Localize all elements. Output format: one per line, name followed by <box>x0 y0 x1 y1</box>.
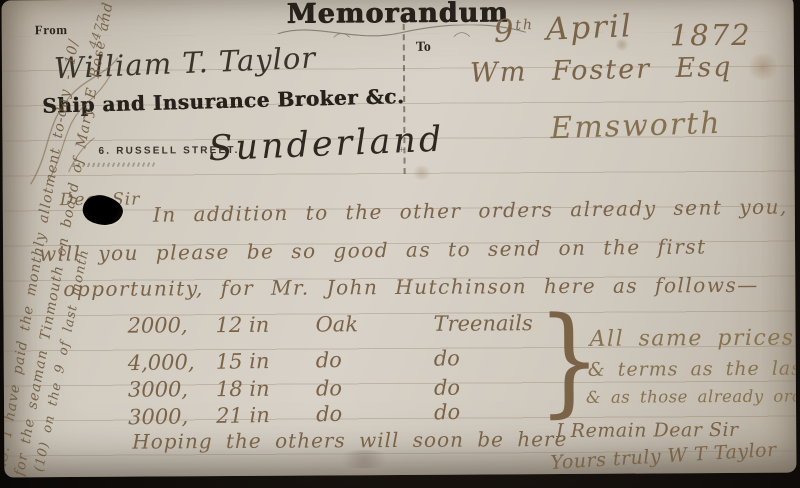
order-row: 3000, 21 in do do <box>128 400 460 430</box>
order-size: 18 in <box>216 377 302 402</box>
recipient-name: Wm Foster Esq <box>470 52 733 89</box>
ink-stain <box>746 54 780 80</box>
divider-end-mark: + <box>398 144 404 156</box>
city-name: Sunderland <box>208 120 445 170</box>
body-line-2: will you please be so good as to send on… <box>39 234 707 266</box>
recipient-place: Emsworth <box>550 106 722 147</box>
order-qty: 3000, <box>128 377 216 402</box>
order-row: 2000, 12 in Oak Treenails <box>127 311 532 337</box>
body-line-1: In addition to the other orders already … <box>153 194 788 226</box>
order-item: Treenails <box>427 311 532 336</box>
order-ditto: do <box>302 347 428 373</box>
handwritten-date: 9th April <box>493 8 633 50</box>
brace-note-1: All same prices <box>590 326 795 352</box>
order-row: 4,000, 15 in do do <box>128 346 460 375</box>
ink-stain <box>334 450 394 468</box>
date-month: April <box>545 8 633 48</box>
order-qty: 2000, <box>127 313 215 338</box>
valediction: I Remain Dear Sir <box>556 419 739 442</box>
photo-backdrop: Memorandum From William T. Taylor Ship a… <box>0 0 800 488</box>
body-line-3: opportunity, for Mr. John Hutchinson her… <box>63 273 759 301</box>
order-size: 15 in <box>216 349 302 374</box>
order-ditto: do <box>302 400 428 426</box>
date-day: 9 <box>493 13 516 50</box>
brace-note-2: & terms as the last <box>588 357 797 380</box>
handwritten-year: 1872 <box>670 18 752 52</box>
order-qty: 3000, <box>128 404 216 429</box>
order-ditto: do <box>428 376 460 400</box>
brace-note-3: & as those already ordered <box>586 386 797 407</box>
closing-line: Hoping the others will soon be here <box>132 427 567 454</box>
order-ditto: do <box>428 400 460 425</box>
date-day-suffix: th <box>515 17 534 34</box>
order-qty: 4,000, <box>128 350 216 375</box>
order-ditto: do <box>428 346 460 370</box>
order-item: Oak <box>301 312 427 337</box>
order-row: 3000, 18 in do do <box>128 376 460 402</box>
from-label: From <box>35 22 68 38</box>
order-ditto: do <box>302 376 428 401</box>
memorandum-paper: Memorandum From William T. Taylor Ship a… <box>2 0 797 477</box>
order-size: 21 in <box>216 403 302 428</box>
signature: Yours truly W T Taylor <box>550 439 777 474</box>
to-label: To <box>416 40 431 56</box>
ink-stain <box>411 166 433 180</box>
order-size: 12 in <box>215 313 301 338</box>
